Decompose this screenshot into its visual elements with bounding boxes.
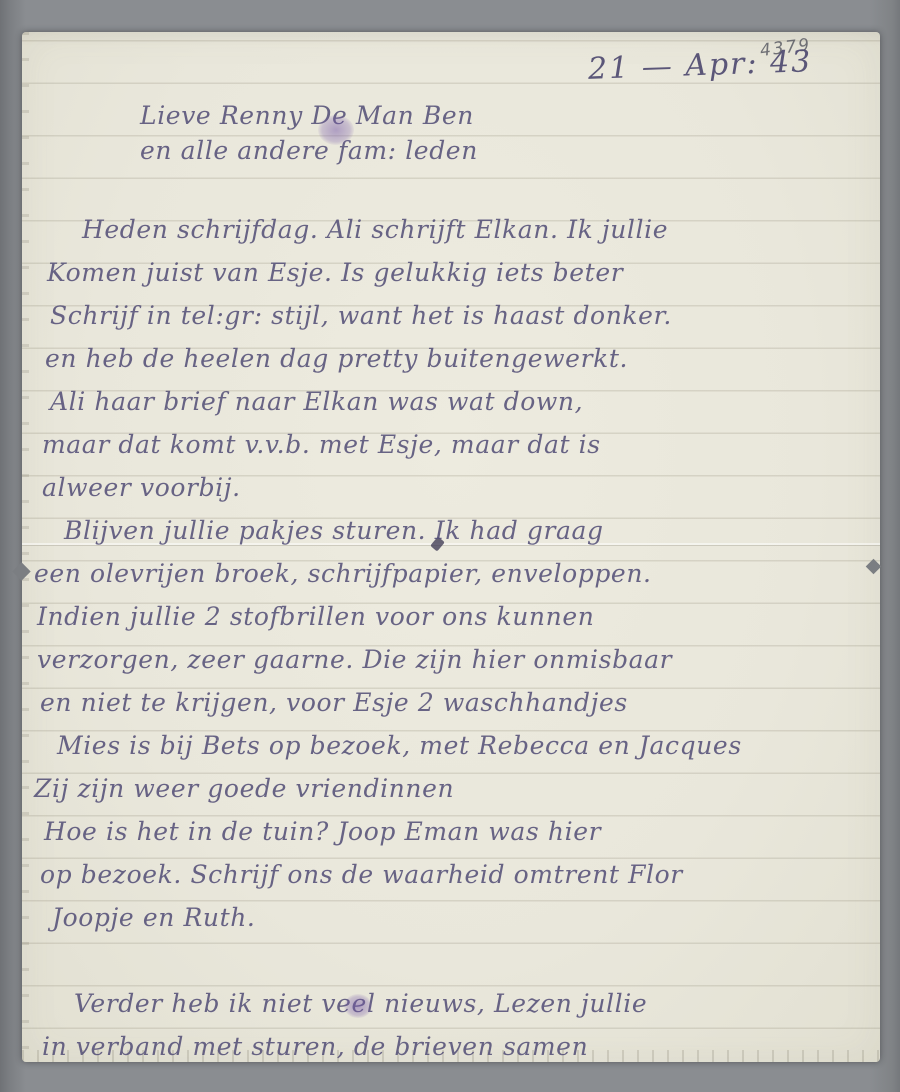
letter-page: 4379 21 — Apr: 43 Lieve Renny De Man Ben…	[22, 32, 880, 1062]
handwritten-line: Mies is bij Bets op bezoek, met Rebecca …	[57, 724, 874, 767]
letter-scan: 4379 21 — Apr: 43 Lieve Renny De Man Ben…	[0, 0, 900, 1092]
paragraph-gap	[34, 939, 874, 982]
salutation-line: Lieve Renny De Man Ben	[140, 98, 478, 133]
handwritten-line: een olevrijen broek, schrijfpapier, enve…	[34, 552, 874, 595]
date-line: 21 — Apr: 43	[587, 44, 812, 87]
handwritten-line: verzorgen, zeer gaarne. Die zijn hier on…	[37, 638, 874, 681]
handwritten-line: Zij zijn weer goede vriendinnen	[34, 767, 874, 810]
handwritten-line: Komen juist van Esje. Is gelukkig iets b…	[47, 251, 874, 294]
salutation: Lieve Renny De Man Ben en alle andere fa…	[140, 98, 478, 168]
handwritten-line: Heden schrijfdag. Ali schrijft Elkan. Ik…	[82, 208, 874, 251]
handwritten-line: maar dat komt v.v.b. met Esje, maar dat …	[42, 423, 874, 466]
handwritten-line: alweer voorbij.	[42, 466, 874, 509]
handwritten-line: en heb de heelen dag pretty buitengewerk…	[45, 337, 874, 380]
handwritten-line: en niet te krijgen, voor Esje 2 waschhan…	[40, 681, 874, 724]
handwritten-line: op bezoek. Schrijf ons de waarheid omtre…	[40, 853, 874, 896]
handwritten-line: Ali haar brief naar Elkan was wat down,	[50, 380, 874, 423]
handwritten-line: Indien jullie 2 stofbrillen voor ons kun…	[37, 595, 874, 638]
ink-blot	[344, 994, 372, 1018]
ink-blot	[318, 115, 354, 145]
handwritten-line: Joopje en Ruth.	[52, 896, 874, 939]
handwritten-line: Verder heb ik niet veel nieuws, Lezen ju…	[74, 982, 874, 1025]
handwritten-line: Hoe is het in de tuin? Joop Eman was hie…	[44, 810, 874, 853]
handwritten-line: Schrijf in tel:gr: stijl, want het is ha…	[50, 294, 874, 337]
letter-body: Heden schrijfdag. Ali schrijft Elkan. Ik…	[34, 208, 874, 1068]
handwritten-line: Blijven jullie pakjes sturen. Ik had gra…	[64, 509, 874, 552]
salutation-line: en alle andere fam: leden	[140, 133, 478, 168]
handwritten-line: in verband met sturen, de brieven samen	[42, 1025, 874, 1068]
